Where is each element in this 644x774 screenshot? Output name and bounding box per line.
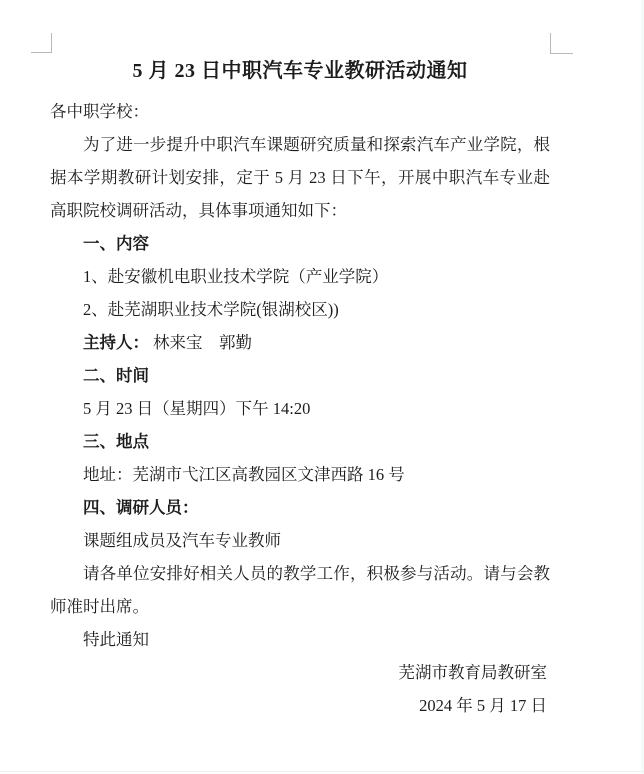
document-content: 5 月 23 日中职汽车专业教研活动通知 各中职学校： 为了进一步提升中职汽车课… xyxy=(50,0,550,722)
host-names: 林来宝 郭勤 xyxy=(153,333,252,352)
section2-time: 5 月 23 日（星期四）下午 14:20 xyxy=(50,392,550,425)
section1-heading: 一、内容 xyxy=(50,227,550,260)
intro-paragraph: 为了进一步提升中职汽车课题研究质量和探索汽车产业学院，根据本学期教研计划安排，定… xyxy=(50,128,550,227)
margin-mark-top-right-icon xyxy=(550,33,573,54)
document-page: 5 月 23 日中职汽车专业教研活动通知 各中职学校： 为了进一步提升中职汽车课… xyxy=(0,0,644,774)
page-bottom-edge xyxy=(0,771,644,772)
section3-heading: 三、地点 xyxy=(50,425,550,458)
section3-address: 地址：芜湖市弋江区高教园区文津西路 16 号 xyxy=(50,458,550,491)
signature-date: 2024 年 5 月 17 日 xyxy=(50,689,550,722)
margin-mark-top-left-icon xyxy=(31,33,52,53)
page-title: 5 月 23 日中职汽车专业教研活动通知 xyxy=(50,55,550,88)
host-line: 主持人：林来宝 郭勤 xyxy=(50,326,550,359)
section4-people: 课题组成员及汽车专业教师 xyxy=(50,524,550,557)
section1-item-2: 2、赴芜湖职业技术学院(银湖校区)) xyxy=(50,293,550,326)
section4-heading: 四、调研人员： xyxy=(50,491,550,524)
section2-heading: 二、时间 xyxy=(50,359,550,392)
host-label: 主持人： xyxy=(83,333,149,352)
section1-item-1: 1、赴安徽机电职业技术学院（产业学院） xyxy=(50,260,550,293)
closing-request: 请各单位安排好相关人员的教学工作，积极参与活动。请与会教师准时出席。 xyxy=(50,557,550,623)
closing-note: 特此通知 xyxy=(50,623,550,656)
salutation: 各中职学校： xyxy=(50,95,550,128)
signature-org: 芜湖市教育局教研室 xyxy=(50,656,550,689)
